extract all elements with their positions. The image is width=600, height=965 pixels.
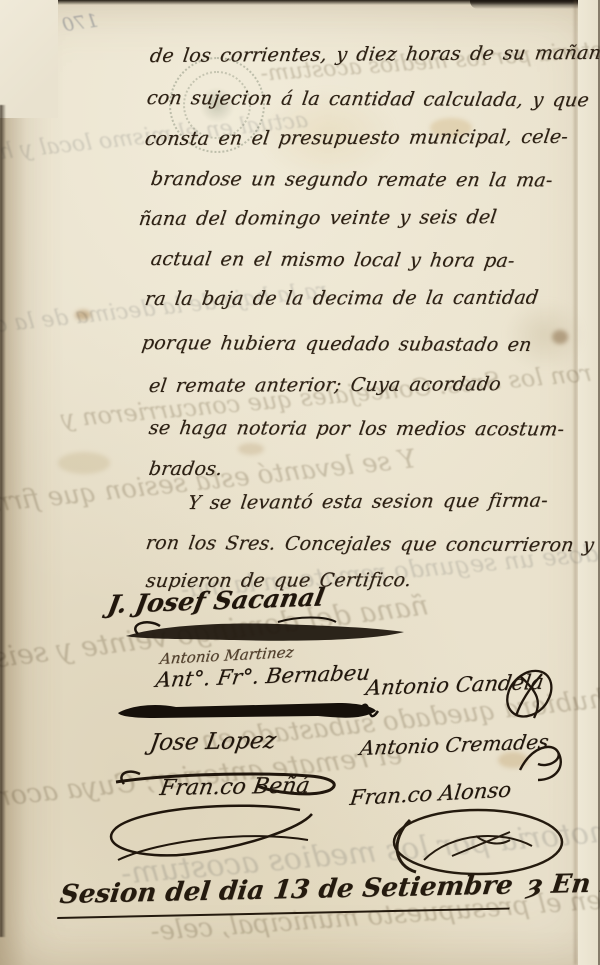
manuscript-line: se haga notoria por los medios acostum- bbox=[147, 417, 565, 440]
manuscript-line: brados. bbox=[147, 458, 223, 480]
manuscript-page: 170 actual en el mismo local y hora pa- … bbox=[0, 0, 600, 965]
manuscript-line: actual en el mismo local y hora pa- bbox=[149, 248, 516, 272]
secretary-rubric-flourish bbox=[118, 616, 418, 648]
manuscript-line: consta en el presupuesto municipal, cele… bbox=[144, 126, 570, 150]
page-corner-top-left bbox=[0, 0, 58, 118]
manuscript-line: el remate anterior; Cuya acordado bbox=[148, 373, 503, 397]
manuscript-line: ñana del domingo veinte y seis del bbox=[138, 206, 499, 230]
signature-lopez: Jose Lopez bbox=[148, 728, 278, 756]
manuscript-line: con sujecion á la cantidad calculada, y … bbox=[145, 87, 590, 111]
session-heading-tail: ȝ En la dh̄a bbox=[525, 867, 600, 900]
ghost-folio-number: 170 bbox=[61, 10, 100, 37]
foxing-stain bbox=[58, 452, 110, 474]
manuscript-line: brandose un segundo remate en la ma- bbox=[149, 168, 554, 191]
cremades-rubric-flourish bbox=[512, 738, 570, 786]
pena-rubric-flourish bbox=[100, 798, 330, 870]
signature-pena: Fran.co Beñá bbox=[158, 773, 312, 801]
manuscript-line: porque hubiera quedado subastado en bbox=[140, 332, 533, 356]
closing-line: ron los Sres. Concejales que concurriero… bbox=[144, 532, 595, 556]
closing-line: Y se levantó esta sesion que firma- bbox=[187, 489, 550, 514]
bernabeu-rubric-flourish bbox=[112, 698, 386, 728]
manuscript-line: ra la baja de la decima de la cantidad bbox=[143, 287, 539, 310]
foxing-stain bbox=[238, 443, 264, 455]
manuscript-line: de los corrientes, y diez horas de su ma… bbox=[149, 42, 600, 67]
candela-rubric-flourish bbox=[498, 666, 560, 738]
